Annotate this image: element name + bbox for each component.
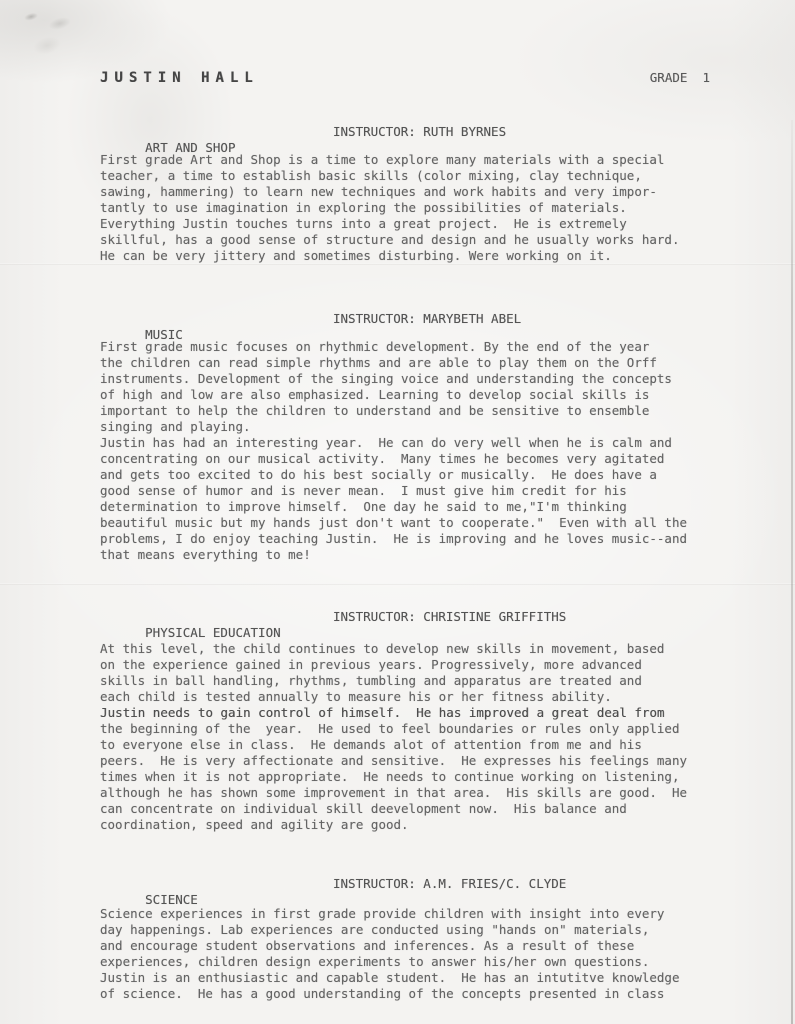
body-text-emphasized: Justin needs to gain control of himself.… [100, 705, 664, 720]
section-body-text: First grade music focuses on rhythmic de… [100, 339, 710, 563]
section-body-text: First grade Art and Shop is a time to ex… [100, 152, 710, 264]
section-header: PHYSICAL EDUCATION INSTRUCTOR: CHRISTINE… [100, 609, 710, 625]
pencil-smudge [8, 0, 110, 73]
instructor-label: INSTRUCTOR: RUTH BYRNES [333, 124, 506, 140]
document-header: JUSTIN HALL GRADE 1 [100, 70, 710, 90]
grade-label: GRADE 1 [650, 70, 710, 85]
section-body-text: At this level, the child continues to de… [100, 641, 710, 833]
report-card-page: JUSTIN HALL GRADE 1 ART AND SHOP INSTRUC… [0, 0, 795, 1024]
body-text-segment: At this level, the child continues to de… [100, 641, 664, 704]
body-text-segment: the beginning of the year. He used to fe… [100, 721, 687, 832]
student-name: JUSTIN HALL [100, 70, 259, 86]
section-title: MUSIC [145, 327, 183, 342]
paper-crease [0, 263, 795, 265]
section-header: SCIENCE INSTRUCTOR: A.M. FRIES/C. CLYDE [100, 876, 710, 892]
scan-edge-shadow [791, 120, 793, 1024]
section-title: SCIENCE [145, 892, 198, 907]
instructor-label: INSTRUCTOR: MARYBETH ABEL [333, 311, 521, 327]
section-science: SCIENCE INSTRUCTOR: A.M. FRIES/C. CLYDE … [100, 876, 710, 1002]
instructor-label: INSTRUCTOR: A.M. FRIES/C. CLYDE [333, 876, 566, 892]
section-header: ART AND SHOP INSTRUCTOR: RUTH BYRNES [100, 124, 710, 140]
section-music: MUSIC INSTRUCTOR: MARYBETH ABEL First gr… [100, 311, 710, 563]
section-physical-education: PHYSICAL EDUCATION INSTRUCTOR: CHRISTINE… [100, 609, 710, 833]
section-title: PHYSICAL EDUCATION [145, 625, 280, 640]
section-title: ART AND SHOP [145, 140, 235, 155]
section-art-and-shop: ART AND SHOP INSTRUCTOR: RUTH BYRNES Fir… [100, 124, 710, 264]
instructor-label: INSTRUCTOR: CHRISTINE GRIFFITHS [333, 609, 566, 625]
paper-crease [0, 583, 795, 585]
section-body-text: Science experiences in first grade provi… [100, 906, 710, 1002]
section-header: MUSIC INSTRUCTOR: MARYBETH ABEL [100, 311, 710, 327]
